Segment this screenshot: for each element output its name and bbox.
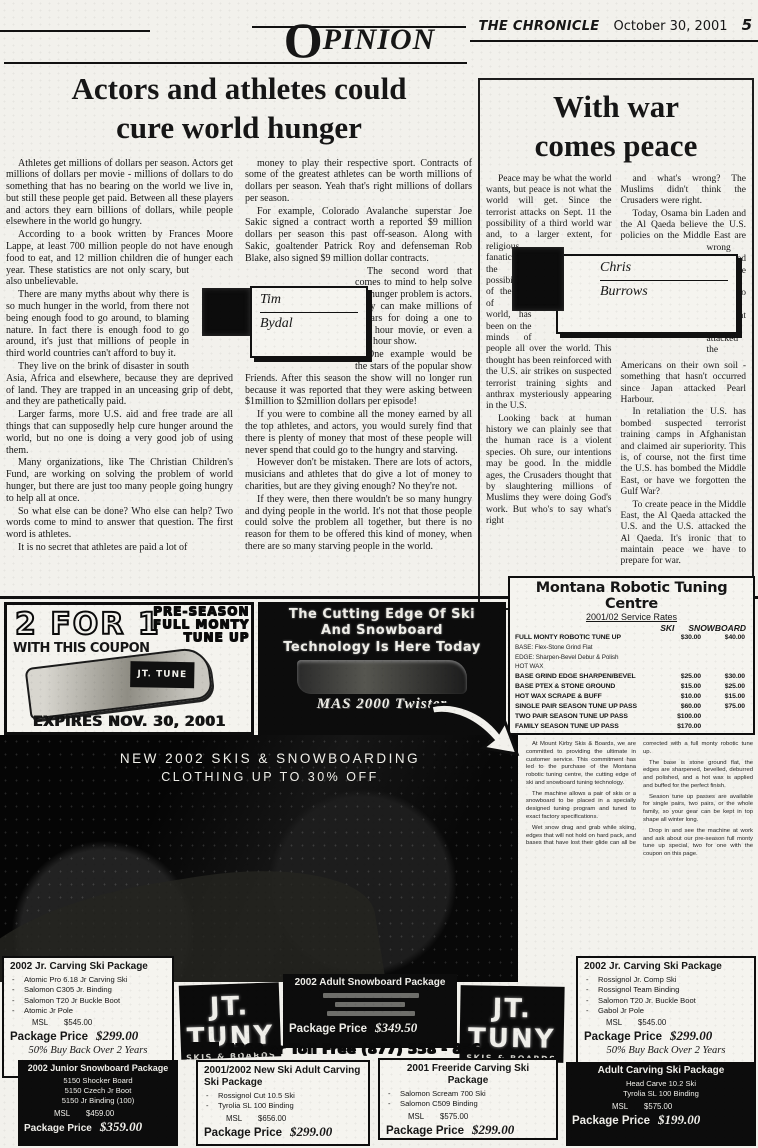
price-value: $359.00 (100, 1119, 142, 1134)
author-first-name: Chris (600, 260, 728, 277)
ad-copy-paragraph: At Mount Kirby Skis & Boards, we are com… (526, 741, 636, 788)
rates-column-headers: SKI SNOWBOARD (515, 623, 748, 633)
msl-label: MSL (612, 1102, 628, 1111)
author-first-name: Tim (260, 292, 358, 309)
price-label: Package Price (572, 1115, 650, 1127)
service-name: FAMILY SEASON TUNE UP PASS (515, 722, 657, 732)
price-label: Package Price (204, 1127, 282, 1139)
byline-divider (600, 280, 728, 281)
service-name: HOT WAX (515, 662, 657, 671)
paragraph-text: There are many myths about why there is … (6, 289, 189, 359)
coupon-headline: 2 FOR 1 (15, 607, 161, 642)
service-name: BASE PTEX & STONE GROUND (515, 682, 657, 692)
msl-value: $459.00 (86, 1109, 114, 1118)
price-value: $299.00 (96, 1028, 138, 1043)
banner-line2: CLOTHING UP TO 30% OFF (70, 770, 470, 784)
rate-row: HOT WAX (515, 662, 748, 671)
photo-banner: NEW 2002 SKIS & SNOWBOARDING CLOTHING UP… (70, 751, 470, 784)
price-line: Package Price$299.00 (10, 1028, 166, 1044)
package-items: Salomon Scream 700 SkiSalomon C509 Bindi… (386, 1089, 550, 1110)
ski-price: $25.00 (657, 672, 701, 682)
price-label: Package Price (10, 1031, 88, 1043)
price-label: Package Price (584, 1031, 662, 1043)
service-name: FULL MONTY ROBOTIC TUNE UP (515, 633, 657, 643)
ski-price: $30.00 (657, 633, 701, 643)
buyback-note: 50% Buy Back Over 2 Years (584, 1045, 748, 1056)
rate-row: TWO PAIR SEASON TUNE UP PASS$100.00 (515, 712, 748, 722)
msl-value: $545.00 (64, 1018, 92, 1027)
illegible-line (335, 1002, 405, 1007)
illegible-line (327, 1011, 415, 1016)
buyback-note: 50% Buy Back Over 2 Years (10, 1045, 166, 1056)
msl-value: $575.00 (440, 1112, 468, 1121)
ski-column-header: SKI (660, 623, 674, 633)
service-name: BASE: Flex-Stone Grind Flat (515, 643, 657, 652)
paragraph-text: So what else can be done? Who else can h… (6, 506, 233, 541)
paragraph-text: These statistics are not only scary, but… (6, 265, 189, 288)
masthead-rule-bottom (252, 62, 467, 64)
author-photo-chris (512, 247, 564, 311)
price-line: Package Price$349.50 (289, 1020, 451, 1036)
price-line: Package Price$359.00 (24, 1119, 172, 1135)
price-label: Package Price (24, 1123, 92, 1134)
product-image (297, 660, 467, 694)
tuning-centre-ad: Montana Robotic Tuning Centre 2001/02 Se… (508, 576, 755, 735)
paragraph: Many organizations, like The Christian C… (6, 457, 233, 504)
package-item: Rossignol Team Binding (584, 985, 748, 995)
package-item: 5150 Czech Jr Boot (24, 1086, 172, 1096)
tuning-machine-image: JT. TUNE (25, 646, 214, 720)
ski-price: $100.00 (657, 712, 701, 722)
service-name: TWO PAIR SEASON TUNE UP PASS (515, 712, 657, 722)
rate-row: BASE: Flex-Stone Grind Flat (515, 643, 748, 652)
article-war-headline: With war comes peace (486, 88, 746, 166)
msl-label: MSL (606, 1018, 622, 1027)
price-label: Package Price (289, 1023, 367, 1035)
package-new-ski-adult: 2001/2002 New Ski Adult Carving Ski Pack… (196, 1060, 370, 1146)
package-freeride: 2001 Freeride Carving Ski Package Salomo… (378, 1058, 558, 1140)
author-name: Tim Bydal (260, 292, 358, 333)
msl-line: MSL$545.00 (606, 1018, 748, 1027)
preseason-line: TUNE UP (153, 631, 249, 644)
package-title: 2001 Freeride Carving Ski Package (386, 1063, 550, 1087)
rates-table: FULL MONTY ROBOTIC TUNE UP$30.00$40.00BA… (515, 633, 748, 742)
author-photo-tim (202, 288, 250, 336)
rate-row: BASE PTEX & STONE GROUND$15.00$25.00 (515, 682, 748, 692)
article-war: With war comes peace Peace may be what t… (478, 78, 754, 610)
ski-price: $15.00 (657, 682, 701, 692)
paragraph-text: and what's wrong? The Muslims didn't thi… (621, 174, 747, 207)
msl-line: MSL$545.00 (32, 1018, 166, 1027)
package-item: Gabol Jr Pole (584, 1006, 748, 1016)
hand-drawn-arrow (425, 698, 521, 770)
paragraph-text: To create peace in the Middle East, the … (621, 500, 747, 567)
page-header: THE CHRONICLE October 30, 2001 5 (479, 16, 752, 34)
slope-photo: NEW 2002 SKIS & SNOWBOARDING CLOTHING UP… (0, 735, 518, 982)
rate-row: EDGE: Sharpen-Bevel Debur & Polish (515, 653, 748, 662)
msl-value: $545.00 (638, 1018, 666, 1027)
paragraph: money to play their respective sport. Co… (245, 158, 472, 205)
paragraph-text: Today, Osama bin Laden and the Al Qaeda … (621, 209, 747, 242)
rate-row: HOT WAX SCRAPE & BUFF$10.00$15.00 (515, 692, 748, 702)
header-rule-right (470, 40, 758, 42)
paragraph: If you were to combine all the money ear… (245, 409, 472, 456)
package-item: Rossignol Jr. Comp Ski (584, 975, 748, 985)
author-name: Chris Burrows (600, 260, 728, 301)
snowboard-price: $30.00 (701, 672, 745, 682)
author-byline-tim: Tim Bydal (250, 286, 368, 358)
rate-row: FAMILY SEASON TUNE UP PASS$170.00 (515, 722, 748, 732)
ad-copy-paragraph: The base is stone ground flat, the edges… (643, 760, 753, 791)
package-junior-snowboard: 2002 Junior Snowboard Package 5150 Shock… (18, 1060, 178, 1146)
paragraph-text: For example, Colorado Avalanche supersta… (245, 206, 472, 264)
ski-price: $60.00 (657, 702, 701, 712)
price-line: Package Price$299.00 (584, 1028, 748, 1044)
msl-label: MSL (54, 1109, 70, 1118)
author-last-name: Burrows (600, 284, 728, 301)
section-title: PINION (323, 23, 436, 56)
package-item: Head Carve 10.2 Ski (572, 1079, 750, 1089)
package-items: Atomic Pro 6.18 Jr Carving SkiSalomon C3… (10, 975, 166, 1016)
article-war-col1: Peace may be what the world wants, but p… (486, 174, 612, 569)
preseason-text: PRE-SEASON FULL MONTY TUNE UP (153, 605, 249, 645)
snowboard-column-header: SNOWBOARD (688, 623, 746, 633)
paragraph: Athletes get millions of dollars per sea… (6, 158, 233, 229)
snowboard-price: $15.00 (701, 692, 745, 702)
tuning-centre-title: Montana Robotic Tuning Centre (515, 580, 748, 612)
illegible-line (323, 993, 419, 998)
ad-line: The Cutting Edge Of Ski (258, 607, 506, 623)
service-name: EDGE: Sharpen-Bevel Debur & Polish (515, 653, 657, 662)
paragraph: Larger farms, more U.S. aid and free tra… (6, 409, 233, 456)
paper-name: THE CHRONICLE (479, 19, 600, 34)
msl-line: MSL$575.00 (408, 1112, 550, 1121)
paragraph-text: If they were, then there wouldn't be so … (245, 494, 472, 552)
msl-line: MSL$459.00 (54, 1109, 172, 1118)
byline-divider (260, 312, 358, 313)
package-item: Salomon Scream 700 Ski (386, 1089, 550, 1099)
package-item: Atomic Jr Pole (10, 1006, 166, 1016)
package-item: Salomon C509 Binding (386, 1099, 550, 1109)
ad-copy-paragraph: Season tune up passes are available for … (643, 794, 753, 825)
service-name: HOT WAX SCRAPE & BUFF (515, 692, 657, 702)
package-title: 2002 Junior Snowboard Package (24, 1063, 172, 1074)
section-masthead: OPINION (252, 20, 467, 60)
paragraph-text: However don't be mistaken. There are lot… (245, 457, 472, 492)
paragraph-text: It is no secret that athletes are paid a… (18, 542, 187, 553)
paragraph-text: If you were to combine all the money ear… (245, 409, 472, 455)
package-adult-snowboard: 2002 Adult Snowboard Package Package Pri… (283, 974, 457, 1048)
paragraph: In retaliation the U.S. has bombed suspe… (621, 407, 747, 498)
price-value: $199.00 (658, 1112, 700, 1127)
author-last-name: Bydal (260, 316, 358, 333)
paragraph-text: Peace may be what the world wants, but p… (486, 174, 612, 241)
package-title: 2002 Adult Snowboard Package (289, 977, 451, 989)
price-value: $299.00 (472, 1122, 514, 1137)
author-byline-chris: Chris Burrows (556, 254, 738, 334)
headline-line2: comes peace (486, 127, 746, 166)
paragraph: It is no secret that athletes are paid a… (6, 542, 233, 554)
paragraph-text: In retaliation the U.S. has bombed suspe… (621, 407, 747, 497)
service-name: BASE GRIND EDGE SHARPEN/BEVEL (515, 672, 657, 682)
price-label: Package Price (386, 1125, 464, 1137)
package-item: Salomon T20 Jr Buckle Boot (10, 996, 166, 1006)
paragraph: If they were, then there wouldn't be so … (245, 494, 472, 553)
snowboard-price: $25.00 (701, 682, 745, 692)
paragraph: For example, Colorado Avalanche supersta… (245, 206, 472, 265)
rate-row: BASE GRIND EDGE SHARPEN/BEVEL$25.00$30.0… (515, 672, 748, 682)
banner-line1: NEW 2002 SKIS & SNOWBOARDING (70, 751, 470, 766)
package-items: Rossignol Jr. Comp SkiRossignol Team Bin… (584, 975, 748, 1016)
price-line: Package Price$299.00 (386, 1122, 550, 1138)
package-adult-carving: Adult Carving Ski Package Head Carve 10.… (566, 1062, 756, 1146)
ad-line: And Snowboard (258, 623, 506, 639)
paragraph: According to a book written by Frances M… (6, 229, 233, 288)
paragraph: Looking back at human history we can pla… (486, 414, 612, 528)
rate-row: SINGLE PAIR SEASON TUNE UP PASS$60.00$75… (515, 702, 748, 712)
package-items: 5150 Shocker Board5150 Czech Jr Boot5150… (24, 1076, 172, 1107)
paragraph-text: money to play their respective sport. Co… (245, 158, 472, 204)
package-item: Rossignol Cut 10.5 Ski (204, 1091, 362, 1101)
package-title: 2002 Jr. Carving Ski Package (584, 961, 748, 973)
msl-value: $656.00 (258, 1114, 286, 1123)
headline-line2: cure world hunger (6, 109, 472, 148)
article-hunger-body: Athletes get millions of dollars per sea… (6, 158, 472, 555)
snowboard-price: $75.00 (701, 702, 745, 712)
price-value: $299.00 (290, 1124, 332, 1139)
headline-line1: Actors and athletes could (6, 70, 472, 109)
article-hunger-col1: Athletes get millions of dollars per sea… (6, 158, 233, 555)
phone-strip: 7768 or Toll Free (877) 558 - 8564 (185, 1042, 515, 1057)
headline-line1: With war (486, 88, 746, 127)
package-title: 2002 Jr. Carving Ski Package (10, 961, 166, 973)
paragraph: To create peace in the Middle East, the … (621, 500, 747, 568)
ad-copy-paragraph: Drop in and see the machine at work and … (643, 828, 753, 859)
paragraph: However don't be mistaken. There are lot… (245, 457, 472, 492)
paragraph-text: Many organizations, like The Christian C… (6, 457, 233, 503)
ski-price: $10.00 (657, 692, 701, 702)
coupon-subline: WITH THIS COUPON (13, 641, 150, 656)
package-item: Atomic Pro 6.18 Jr Carving Ski (10, 975, 166, 985)
msl-value: $575.00 (644, 1102, 672, 1111)
price-line: Package Price$199.00 (572, 1112, 750, 1128)
package-item: Salomon T20 Jr. Buckle Boot (584, 996, 748, 1006)
paragraph-text: Athletes get millions of dollars per sea… (6, 158, 233, 228)
package-title: 2001/2002 New Ski Adult Carving Ski Pack… (204, 1065, 362, 1089)
package-item: 5150 Shocker Board (24, 1076, 172, 1086)
coupon-ad: 2 FOR 1 WITH THIS COUPON PRE-SEASON FULL… (4, 602, 254, 735)
rate-row: FULL MONTY ROBOTIC TUNE UP$30.00$40.00 (515, 633, 748, 643)
package-title: Adult Carving Ski Package (572, 1065, 750, 1077)
coupon-expiry: EXPIRES NOV. 30, 2001 (7, 714, 251, 730)
issue-date: October 30, 2001 (614, 19, 728, 34)
ad-line: Technology Is Here Today (258, 640, 506, 656)
package-items: Head Carve 10.2 SkiTyrolia SL 100 Bindin… (572, 1079, 750, 1100)
article-war-col2: and what's wrong? The Muslims didn't thi… (621, 174, 747, 569)
ad-copy-paragraph: The machine allows a pair of skis or a s… (526, 791, 636, 822)
ad-copy-text: At Mount Kirby Skis & Boards, we are com… (518, 735, 758, 982)
snowboard-price: $40.00 (701, 633, 745, 643)
header-rule-left (0, 30, 150, 32)
paragraph: and what's wrong? The Muslims didn't thi… (621, 174, 747, 208)
package-item: Tyrolia SL 100 Binding (204, 1101, 362, 1111)
package-items: Rossignol Cut 10.5 SkiTyrolia SL 100 Bin… (204, 1091, 362, 1112)
msl-label: MSL (226, 1114, 242, 1123)
article-hunger-headline: Actors and athletes could cure world hun… (6, 70, 472, 148)
price-line: Package Price$299.00 (204, 1124, 362, 1140)
machine-logo-label: JT. TUNE (130, 661, 194, 688)
ski-price: $170.00 (657, 722, 701, 732)
tuning-centre-subtitle: 2001/02 Service Rates (515, 612, 748, 622)
page-number: 5 (742, 16, 752, 34)
section-initial: O (284, 12, 323, 68)
msl-line: MSL$575.00 (612, 1102, 750, 1111)
paragraph: So what else can be done? Who else can h… (6, 506, 233, 541)
paragraph-text: Looking back at human history we can pla… (486, 414, 612, 527)
paragraph-text: The second word that comes to mind to he… (355, 266, 472, 348)
msl-line: MSL$656.00 (226, 1114, 362, 1123)
paragraph-text: Larger farms, more U.S. aid and free tra… (6, 409, 233, 455)
price-value: $299.00 (670, 1028, 712, 1043)
msl-label: MSL (32, 1018, 48, 1027)
service-name: SINGLE PAIR SEASON TUNE UP PASS (515, 702, 657, 712)
package-item: 5150 Jr Binding (100) (24, 1096, 172, 1106)
msl-label: MSL (408, 1112, 424, 1121)
package-item: Salomon C305 Jr. Binding (10, 985, 166, 995)
price-value: $349.50 (375, 1020, 417, 1035)
package-item: Tyrolia SL 100 Binding (572, 1089, 750, 1099)
article-war-body: Peace may be what the world wants, but p… (486, 174, 746, 569)
